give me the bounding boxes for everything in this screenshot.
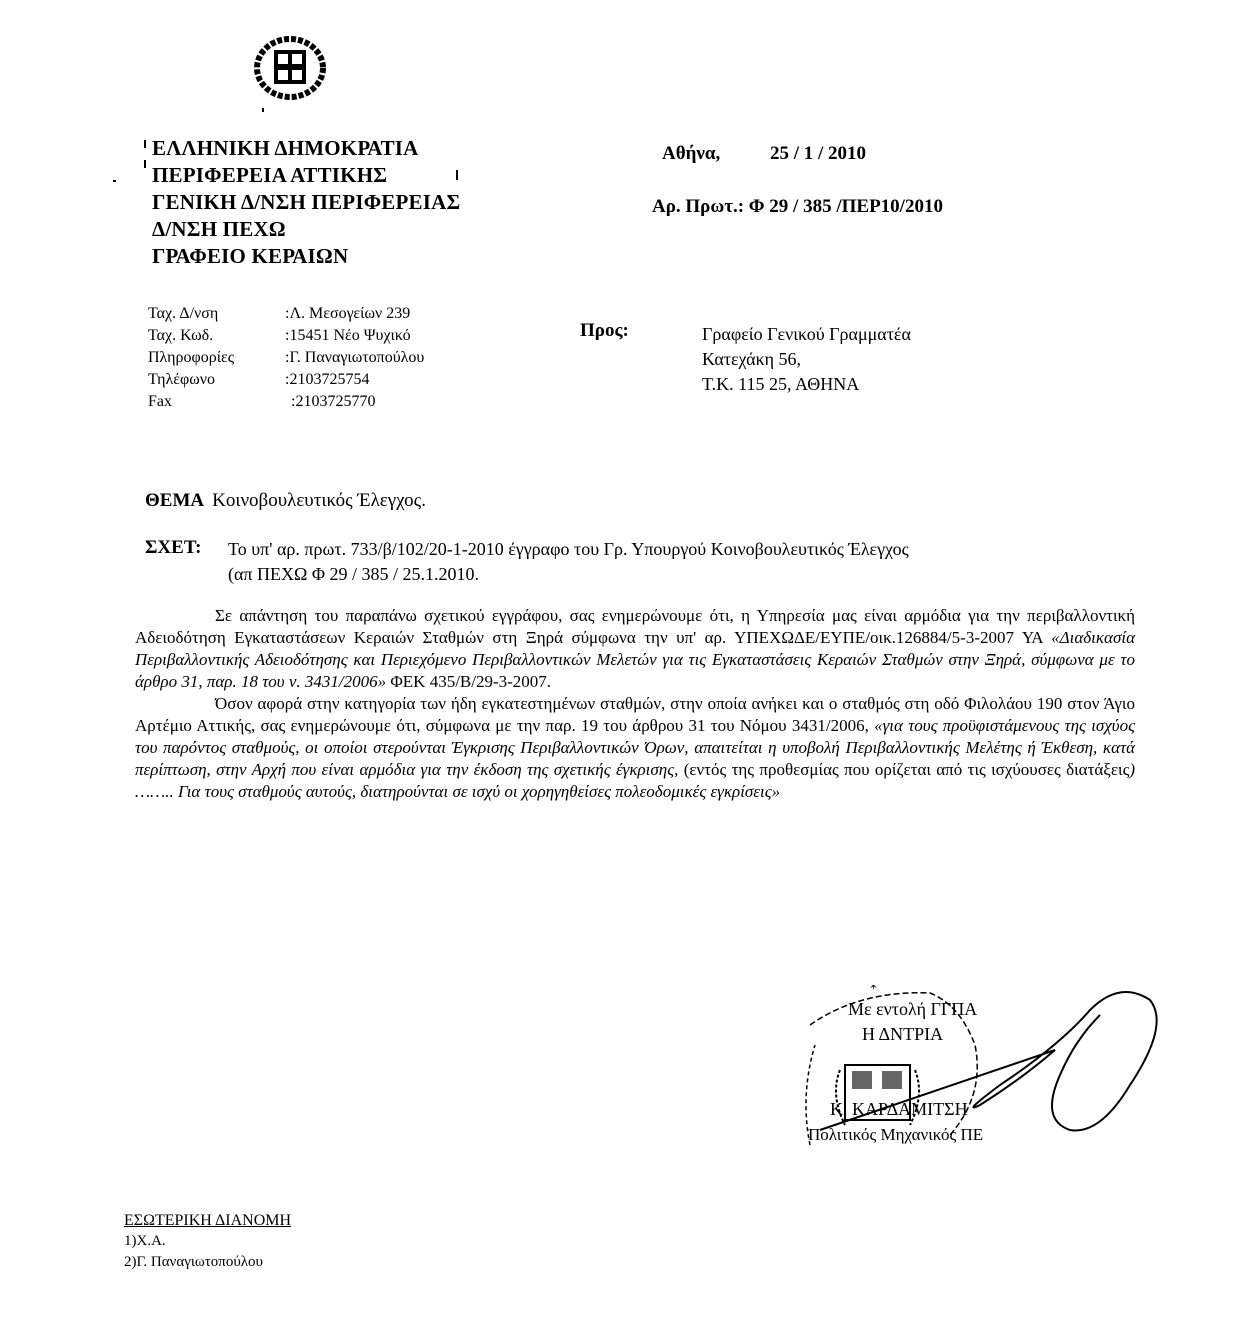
signatory-name: Κ. ΚΑΡΔΑΜΙΤΣΗ bbox=[830, 1099, 968, 1120]
contact-label: Fax bbox=[148, 391, 172, 413]
contact-value: :15451 Νέο Ψυχικό bbox=[285, 325, 411, 347]
signature-order-line: Με εντολή ΓΓΠΑ bbox=[848, 999, 977, 1020]
contact-label: Τηλέφωνο bbox=[148, 369, 215, 391]
contact-label: Ταχ. Δ/νση bbox=[148, 303, 218, 325]
signature-title-line: Η ΔΝΤΡΙΑ bbox=[862, 1024, 943, 1045]
recipient-label: Προς: bbox=[580, 320, 629, 342]
contact-value: :2103725754 bbox=[285, 369, 369, 391]
body-text: ΦΕΚ 435/Β/29-3-2007. bbox=[386, 672, 551, 691]
contact-value: :Γ. Παναγιωτοπούλου bbox=[285, 347, 424, 369]
scan-speck bbox=[262, 108, 264, 112]
subject-text: Κοινοβουλευτικός Έλεγχος. bbox=[212, 490, 426, 511]
subject-label: ΘΕΜΑ bbox=[145, 490, 204, 511]
contact-label: Πληροφορίες bbox=[148, 347, 234, 369]
body-text: Σε απάντηση του παραπάνω σχετικού εγγράφ… bbox=[135, 606, 1135, 647]
recipient-line: Τ.Κ. 115 25, ΑΘΗΝΑ bbox=[702, 372, 911, 397]
subject-line: ΘΕΜΑΚοινοβουλευτικός Έλεγχος. bbox=[145, 490, 426, 512]
org-line: ΓΕΝΙΚΗ Δ/ΝΣΗ ΠΕΡΙΦΕΡΕΙΑΣ bbox=[152, 189, 460, 216]
scan-mark bbox=[113, 180, 116, 182]
scan-mark bbox=[144, 140, 146, 148]
reference-label: ΣΧΕΤ: bbox=[145, 537, 201, 559]
reference-line: (απ ΠΕΧΩ Φ 29 / 385 / 25.1.2010. bbox=[228, 562, 909, 587]
organization-header: ΕΛΛΗΝΙΚΗ ΔΗΜΟΚΡΑΤΙΑ ΠΕΡΙΦΕΡΕΙΑ ΑΤΤΙΚΗΣ Γ… bbox=[152, 135, 460, 270]
scan-mark bbox=[144, 160, 146, 168]
distribution-item: 1)Χ.Α. bbox=[124, 1231, 291, 1252]
reference-text: Το υπ' αρ. πρωτ. 733/β/102/20-1-2010 έγγ… bbox=[228, 537, 909, 587]
org-line: ΕΛΛΗΝΙΚΗ ΔΗΜΟΚΡΑΤΙΑ bbox=[152, 135, 460, 162]
recipient-line: Γραφείο Γενικού Γραμματέα bbox=[702, 322, 911, 347]
contact-value: :Λ. Μεσογείων 239 bbox=[285, 303, 410, 325]
recipient-line: Κατεχάκη 56, bbox=[702, 347, 911, 372]
svg-text:*: * bbox=[870, 985, 877, 997]
org-line: ΓΡΑΦΕΙΟ ΚΕΡΑΙΩΝ bbox=[152, 243, 460, 270]
contact-value: :2103725770 bbox=[291, 391, 375, 413]
recipient-address: Γραφείο Γενικού Γραμματέα Κατεχάκη 56, Τ… bbox=[702, 322, 911, 397]
place-label: Αθήνα, bbox=[662, 143, 720, 165]
org-line: ΠΕΡΙΦΕΡΕΙΑ ΑΤΤΙΚΗΣ bbox=[152, 162, 460, 189]
body-paragraph-1: Σε απάντηση του παραπάνω σχετικού εγγράφ… bbox=[135, 605, 1135, 693]
distribution-item: 2)Γ. Παναγιωτοπούλου bbox=[124, 1252, 291, 1273]
document-date: 25 / 1 / 2010 bbox=[770, 143, 866, 165]
body-paragraph-2: Όσον αφορά στην κατηγορία των ήδη εγκατε… bbox=[135, 693, 1135, 803]
org-line: Δ/ΝΣΗ ΠΕΧΩ bbox=[152, 216, 460, 243]
protocol-number: Αρ. Πρωτ.: Φ 29 / 385 /ΠΕΡ10/2010 bbox=[652, 196, 943, 218]
letter-body: Σε απάντηση του παραπάνω σχετικού εγγράφ… bbox=[135, 605, 1135, 803]
signatory-role: Πολιτικός Μηχανικός ΠΕ bbox=[808, 1125, 983, 1145]
signature-block: * Με εντολή ΓΓΠΑ Η ΔΝΤΡΙΑ Κ. ΚΑΡΔΑΜΙΤΣΗ … bbox=[800, 985, 1160, 1160]
reference-line: Το υπ' αρ. πρωτ. 733/β/102/20-1-2010 έγγ… bbox=[228, 537, 909, 562]
contact-label: Ταχ. Κωδ. bbox=[148, 325, 213, 347]
body-text: (εντός της προθεσμίας που ορίζεται από τ… bbox=[678, 760, 1129, 779]
scan-mark bbox=[456, 170, 458, 180]
greek-coat-of-arms-icon bbox=[252, 34, 328, 102]
distribution-heading: ΕΣΩΤΕΡΙΚΗ ΔΙΑΝΟΜΗ bbox=[124, 1210, 291, 1231]
internal-distribution: ΕΣΩΤΕΡΙΚΗ ΔΙΑΝΟΜΗ 1)Χ.Α. 2)Γ. Παναγιωτοπ… bbox=[124, 1210, 291, 1273]
